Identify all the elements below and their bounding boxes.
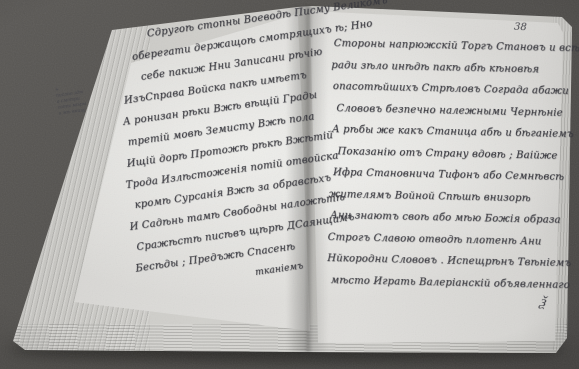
manuscript-line: мѣсто Играть Валеріанскій объявленнаго <box>331 270 537 296</box>
manuscript-photo: + писано здѣ а смотри соты мѣры и мѣ вни… <box>0 0 579 369</box>
page-number: 38 <box>514 22 527 34</box>
left-page-text: Сдругоѣ стопны Воеводѣ Писму Великомъ об… <box>102 1 343 300</box>
right-page-text: Стороны напрюжскій Торгъ Становъ и всѣго… <box>327 33 542 295</box>
